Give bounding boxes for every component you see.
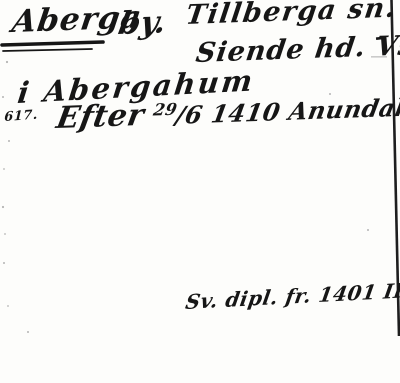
dating-prefix: Efter [54,98,147,136]
settlement-type: by. [116,6,169,40]
source-reference: Sv. dipl. fr. 1401 II. [184,280,400,313]
dating-place: Anundahög [287,91,400,126]
headword-underline-thick [2,42,103,45]
archive-index-card: Aberga by. Tillberga sn. Siende hd. Vst.… [0,0,400,383]
margin-note: 617. [4,109,38,125]
dating-day: 29 [152,100,179,120]
headword-underline-thin [3,49,92,51]
dating-month: 6 [183,100,205,130]
parish-name: Tillberga sn. [184,0,399,30]
dating-year: 1410 [209,97,283,129]
district-name: Siende hd. Vst. [194,31,400,68]
